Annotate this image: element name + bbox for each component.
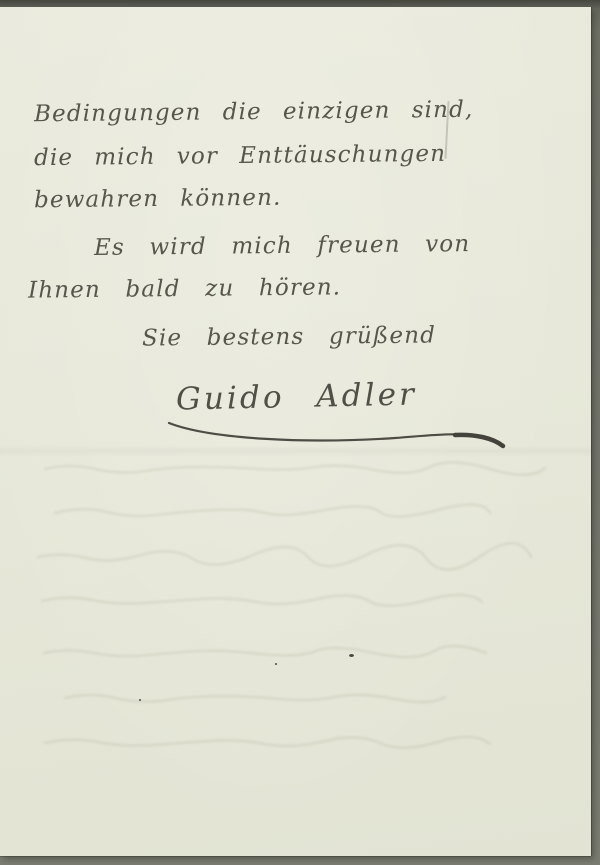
scanned-letter-photograph: Bedingungen die einzigen sind, die mich … [0,0,600,865]
ink-speck [349,654,354,657]
letter-line: bewahren können. [34,185,282,214]
signature: Guido Adler [176,376,418,417]
signature-underline-flourish [155,411,515,455]
paper-fold-crease [0,445,591,457]
letter-line: die mich vor Enttäuschungen [34,141,446,171]
letter-paper: Bedingungen die einzigen sind, die mich … [0,7,591,856]
ink-speck [275,663,277,665]
letter-line: Es wird mich freuen von [94,231,471,261]
letter-line: Bedingungen die einzigen sind, [34,97,474,128]
letter-line: Ihnen bald zu hören. [28,274,341,303]
letter-closing: Sie bestens grüßend [142,322,436,351]
ink-speck [139,699,141,701]
ink-bleedthrough [0,7,591,856]
